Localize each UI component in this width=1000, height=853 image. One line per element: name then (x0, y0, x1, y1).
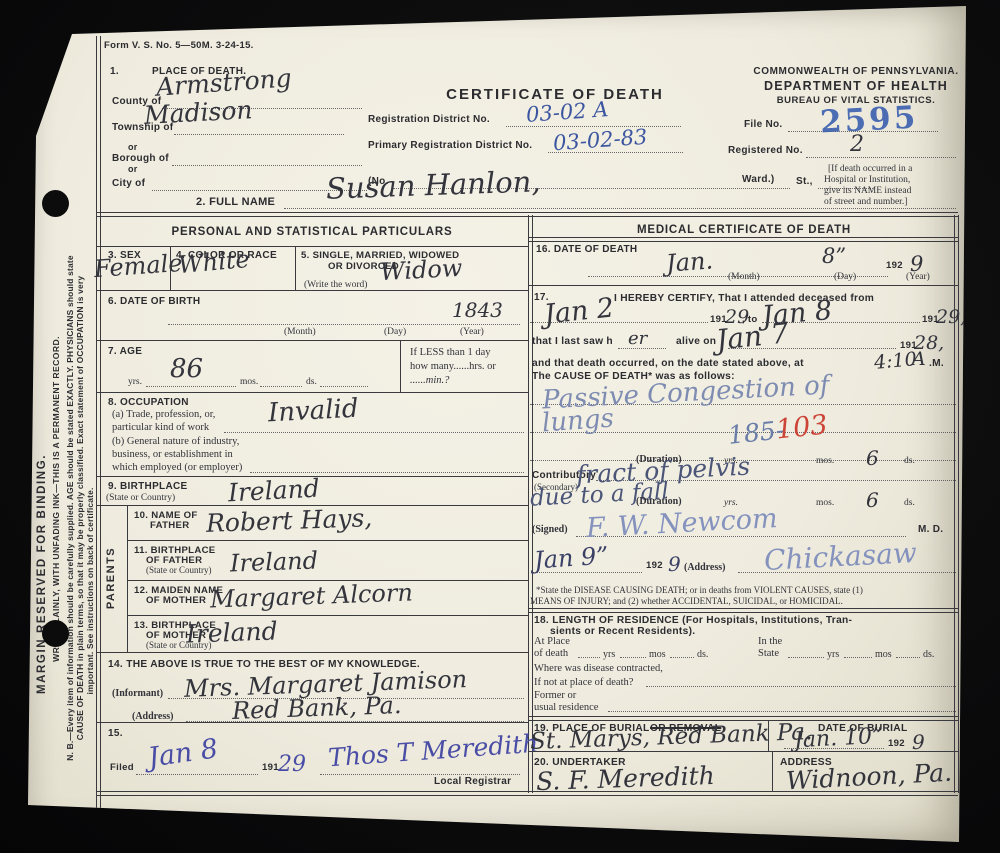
dod-day-label: (Day) (834, 272, 856, 282)
signed-label: (Signed) (532, 524, 568, 535)
rule (528, 716, 958, 721)
dob-year-label: (Year) (460, 327, 484, 337)
or-label-1: or (128, 142, 138, 152)
duration1-mos: mos. (816, 456, 834, 466)
father-bp-value: Ireland (230, 546, 319, 577)
parents-label: PARENTS (105, 547, 117, 609)
age-label: 7. AGE (108, 346, 142, 357)
age-ds-label: ds. (306, 377, 317, 387)
hospital-note-line1: [If death occurred in a (828, 164, 912, 174)
age-yrs-label: yrs. (128, 377, 142, 387)
former-residence-line2: usual residence (534, 702, 598, 713)
res-line (670, 657, 694, 658)
year-value-2: 29, (936, 306, 966, 328)
undertaker-value: S. F. Meredith (536, 761, 716, 796)
race-value: White (177, 245, 251, 279)
margin-binding-text: MARGIN RESERVED FOR BINDING. (36, 454, 48, 694)
duration1-mos-value: 6 (866, 446, 879, 470)
marital-value: Widow (379, 254, 463, 286)
section-1-number: 1. (110, 66, 119, 77)
occupation-a-line1: (a) Trade, profession, or, (112, 409, 215, 420)
signed-date-line (532, 572, 642, 573)
department-label: DEPARTMENT OF HEALTH (764, 79, 948, 93)
registrar-line (320, 774, 520, 775)
cell-divider (295, 246, 296, 290)
occupation-b-line (250, 472, 524, 473)
occupation-a-line (224, 432, 524, 433)
age-yrs-line (146, 386, 236, 387)
hospital-note-line2: Hospital or Institution, (824, 175, 910, 185)
photo-background: MARGIN RESERVED FOR BINDING. WRITE PLAIN… (0, 0, 1000, 853)
street-label: St., (796, 176, 813, 187)
at-place-label-line1: At Place (534, 636, 570, 647)
rule (528, 751, 958, 752)
signed-year-value: 9 (668, 552, 681, 576)
rule (127, 615, 528, 616)
marital-hint: (Write the word) (304, 280, 367, 290)
md-label: M. D. (918, 524, 943, 535)
state-yrs: yrs (827, 649, 839, 660)
dob-value: 1843 (452, 298, 503, 322)
footnote-line2: MEANS OF INJURY; and (2) whether ACCIDEN… (530, 596, 843, 606)
last-saw-value: Jan 7 (714, 316, 790, 356)
city-label: City of (112, 178, 145, 189)
registration-district-label: Registration District No. (368, 114, 490, 125)
duration2-ds: ds. (904, 498, 915, 508)
res-line (620, 657, 646, 658)
death-time-ampm: A (912, 348, 926, 370)
informant-label: (Informant) (112, 688, 163, 699)
primary-registration-value: 03-02-83 (552, 125, 648, 156)
cell-divider (400, 340, 401, 392)
registration-district-value: 03-02 A (525, 97, 609, 127)
father-name-label2: FATHER (150, 520, 189, 531)
father-bp-hint: (State or Country) (146, 565, 212, 575)
state-ds: ds. (923, 649, 934, 660)
dod-year-label: (Year) (906, 272, 930, 282)
age-note-line1: If LESS than 1 day (410, 347, 491, 358)
punch-hole-bottom (42, 620, 69, 647)
age-value: 86 (170, 354, 203, 384)
township-value: Madison (143, 95, 253, 130)
age-note-line3: ......min.? (410, 375, 449, 386)
registered-no-value: 2 (850, 132, 864, 157)
header-bottom-rule (96, 212, 958, 217)
former-residence-line (608, 711, 956, 712)
or-label-2: or (128, 164, 138, 174)
duration2-mos-value: 6 (866, 488, 879, 512)
section-18-label-line2: sients or Recent Residents). (550, 626, 695, 637)
dod-day-value: 8” (822, 244, 846, 268)
section-18-label-line1: 18. LENGTH OF RESIDENCE (For Hospitals, … (534, 615, 852, 626)
informant-address-value: Red Bank, Pa. (232, 691, 402, 725)
dob-line (168, 324, 520, 325)
right-border (954, 215, 959, 793)
file-no-label: File No. (744, 119, 783, 130)
personal-title: PERSONAL AND STATISTICAL PARTICULARS (172, 226, 453, 238)
cell-divider (170, 246, 171, 290)
former-residence-line1: Former or (534, 690, 576, 701)
informant-address-label: (Address) (132, 711, 173, 722)
medical-title: MEDICAL CERTIFICATE OF DEATH (637, 224, 851, 236)
occupation-label: 8. OCCUPATION (108, 397, 189, 408)
at-place-ds: ds. (697, 649, 708, 660)
mother-bp-value: Ireland (186, 616, 279, 648)
signed-year-printed: 192 (646, 560, 663, 571)
death-time-value: 4:10 (873, 348, 917, 374)
dob-month-label: (Month) (284, 327, 316, 337)
physician-address-label: (Address) (684, 562, 725, 573)
disease-contracted-line2: If not at place of death? (534, 677, 633, 688)
age-ds-line (320, 386, 368, 387)
attended-from-value: Jan 2 (543, 292, 616, 330)
rule (96, 392, 528, 393)
section-15-label: 15. (108, 728, 123, 739)
burial-date-line (784, 748, 884, 749)
occupation-a-line2: particular kind of work (112, 422, 209, 433)
mother-name-label2: OF MOTHER (146, 595, 206, 606)
dod-label: 16. DATE OF DEATH (536, 244, 637, 255)
township-line (174, 134, 344, 135)
death-certificate-paper: MARGIN RESERVED FOR BINDING. WRITE PLAIN… (28, 6, 966, 842)
hospital-note-line4: of street and number.] (824, 197, 907, 207)
in-the-label-line1: In the (758, 636, 782, 647)
dob-label: 6. DATE OF BIRTH (108, 296, 200, 307)
res-line (844, 657, 872, 658)
at-place-mos: mos (649, 649, 666, 660)
in-the-label-line2: State (758, 648, 779, 659)
disease-contracted-line1: Where was disease contracted, (534, 663, 663, 674)
duration1-ds: ds. (904, 456, 915, 466)
filed-date-line (136, 774, 258, 775)
rule (96, 722, 528, 723)
commonwealth-label: COMMONWEALTH OF PENNSYLVANIA. (753, 66, 958, 77)
borough-line (172, 165, 362, 166)
birthplace-label: 9. BIRTHPLACE (108, 481, 187, 492)
filed-year-printed: 191 (262, 762, 279, 773)
full-name-line (284, 208, 956, 209)
punch-hole-top (42, 190, 69, 217)
margin-nb-line1: N. B.—Every item of information should b… (65, 255, 75, 760)
margin-divider-line (96, 36, 101, 808)
signed-date-value: Jan 9” (533, 541, 609, 574)
at-place-label-line2: of death (534, 648, 568, 659)
duration-label-2: (Duration) (636, 496, 682, 507)
registrar-signature: Thos T Meredith (327, 729, 539, 773)
res-line (788, 657, 824, 658)
state-mos: mos (875, 649, 892, 660)
at-place-yrs: yrs (603, 649, 615, 660)
margin-nb-line2: CAUSE OF DEATH in plain terms, so that i… (75, 275, 85, 739)
ward-label: Ward.) (742, 174, 775, 185)
dob-day-label: (Day) (384, 327, 406, 337)
burial-year-printed: 192 (888, 738, 905, 749)
rule (96, 246, 528, 247)
m-label: .M. (929, 358, 944, 369)
death-occurred-text: and that death occurred, on the date sta… (532, 358, 804, 369)
borough-label: Borough of (112, 153, 169, 164)
registered-no-line (806, 157, 956, 158)
age-mos-line (260, 386, 302, 387)
primary-registration-label: Primary Registration District No. (368, 140, 532, 151)
dod-month-value: Jan. (665, 246, 714, 277)
her-value: er (628, 328, 647, 349)
duration2-mos: mos. (816, 498, 834, 508)
filed-date-value: Jan 8 (146, 733, 220, 773)
res-line (896, 657, 920, 658)
occupation-b-line2: business, or establishment in (112, 449, 233, 460)
dod-month-label: (Month) (728, 272, 760, 282)
file-no-stamp: 2595 (819, 99, 919, 140)
birthplace-hint: (State or Country) (106, 493, 175, 503)
father-name-value: Robert Hays, (206, 503, 373, 538)
age-mos-label: mos. (240, 377, 258, 387)
res-line (578, 657, 600, 658)
dod-year-printed: 192 (886, 260, 903, 271)
rule (528, 237, 958, 242)
occupation-value: Invalid (267, 394, 359, 429)
cause-code-red: 103 (775, 409, 830, 445)
rule (127, 540, 528, 541)
occupation-b-line3: which employed (or employer) (112, 462, 242, 473)
margin-plainly-text: WRITE PLAINLY, WITH UNFADING INK—THIS IS… (51, 336, 61, 662)
filed-year-value: 29 (278, 752, 306, 777)
age-note-line2: how many......hrs. or (410, 361, 496, 372)
cell-divider (772, 751, 773, 791)
rule (96, 652, 528, 653)
margin-nb-line3: important. See instructions on back of c… (85, 488, 95, 695)
footnote-line1: *State the DISEASE CAUSING DEATH; or in … (536, 585, 863, 595)
physician-signature: F. W. Newcom (585, 503, 778, 544)
full-name-label: 2. FULL NAME (196, 196, 275, 208)
form-number: Form V. S. No. 5—50M. 3-24-15. (104, 40, 254, 51)
hospital-note-line3: give its NAME instead (824, 186, 911, 196)
rule (96, 290, 528, 291)
contracted-line (646, 686, 956, 687)
local-registrar-label: Local Registrar (434, 776, 511, 787)
physician-address-value: Chickasaw (763, 536, 917, 577)
full-name-value: Susan Hanlon, (325, 164, 541, 205)
parents-divider (127, 505, 128, 652)
rule (96, 340, 528, 341)
rule (528, 608, 958, 613)
birthplace-value: Ireland (227, 474, 320, 508)
alive-on-text: alive on (676, 336, 716, 347)
mother-name-value: Margaret Alcorn (210, 578, 414, 613)
cause-value-line2: lungs (541, 404, 615, 439)
registered-no-label: Registered No. (728, 145, 803, 156)
last-saw-text: that I last saw h (532, 336, 613, 347)
occupation-b-line1: (b) General nature of industry, (112, 436, 239, 447)
certify-text: I HEREBY CERTIFY, That I attended deceas… (614, 293, 874, 304)
filed-label: Filed (110, 762, 134, 773)
rule (528, 285, 958, 286)
